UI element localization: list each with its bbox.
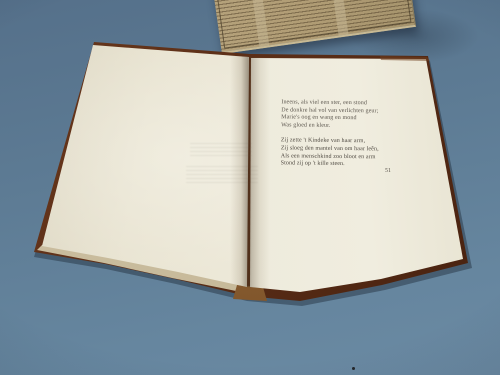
poem-stanza-1: Ineens, als viel een ster, een stond De …: [281, 99, 406, 131]
poem-text-block: Ineens, als viel een ster, een stond De …: [281, 99, 407, 169]
poem-line: Was gloed en kleur.: [281, 122, 406, 131]
page-number: 51: [385, 168, 391, 174]
dust-speck: [352, 367, 355, 370]
poem-stanza-2: Zij zette 't Kindeke van haar arm, Zij s…: [281, 138, 406, 170]
photo-open-book-scene: Ineens, als viel een ster, een stond De …: [0, 0, 500, 375]
